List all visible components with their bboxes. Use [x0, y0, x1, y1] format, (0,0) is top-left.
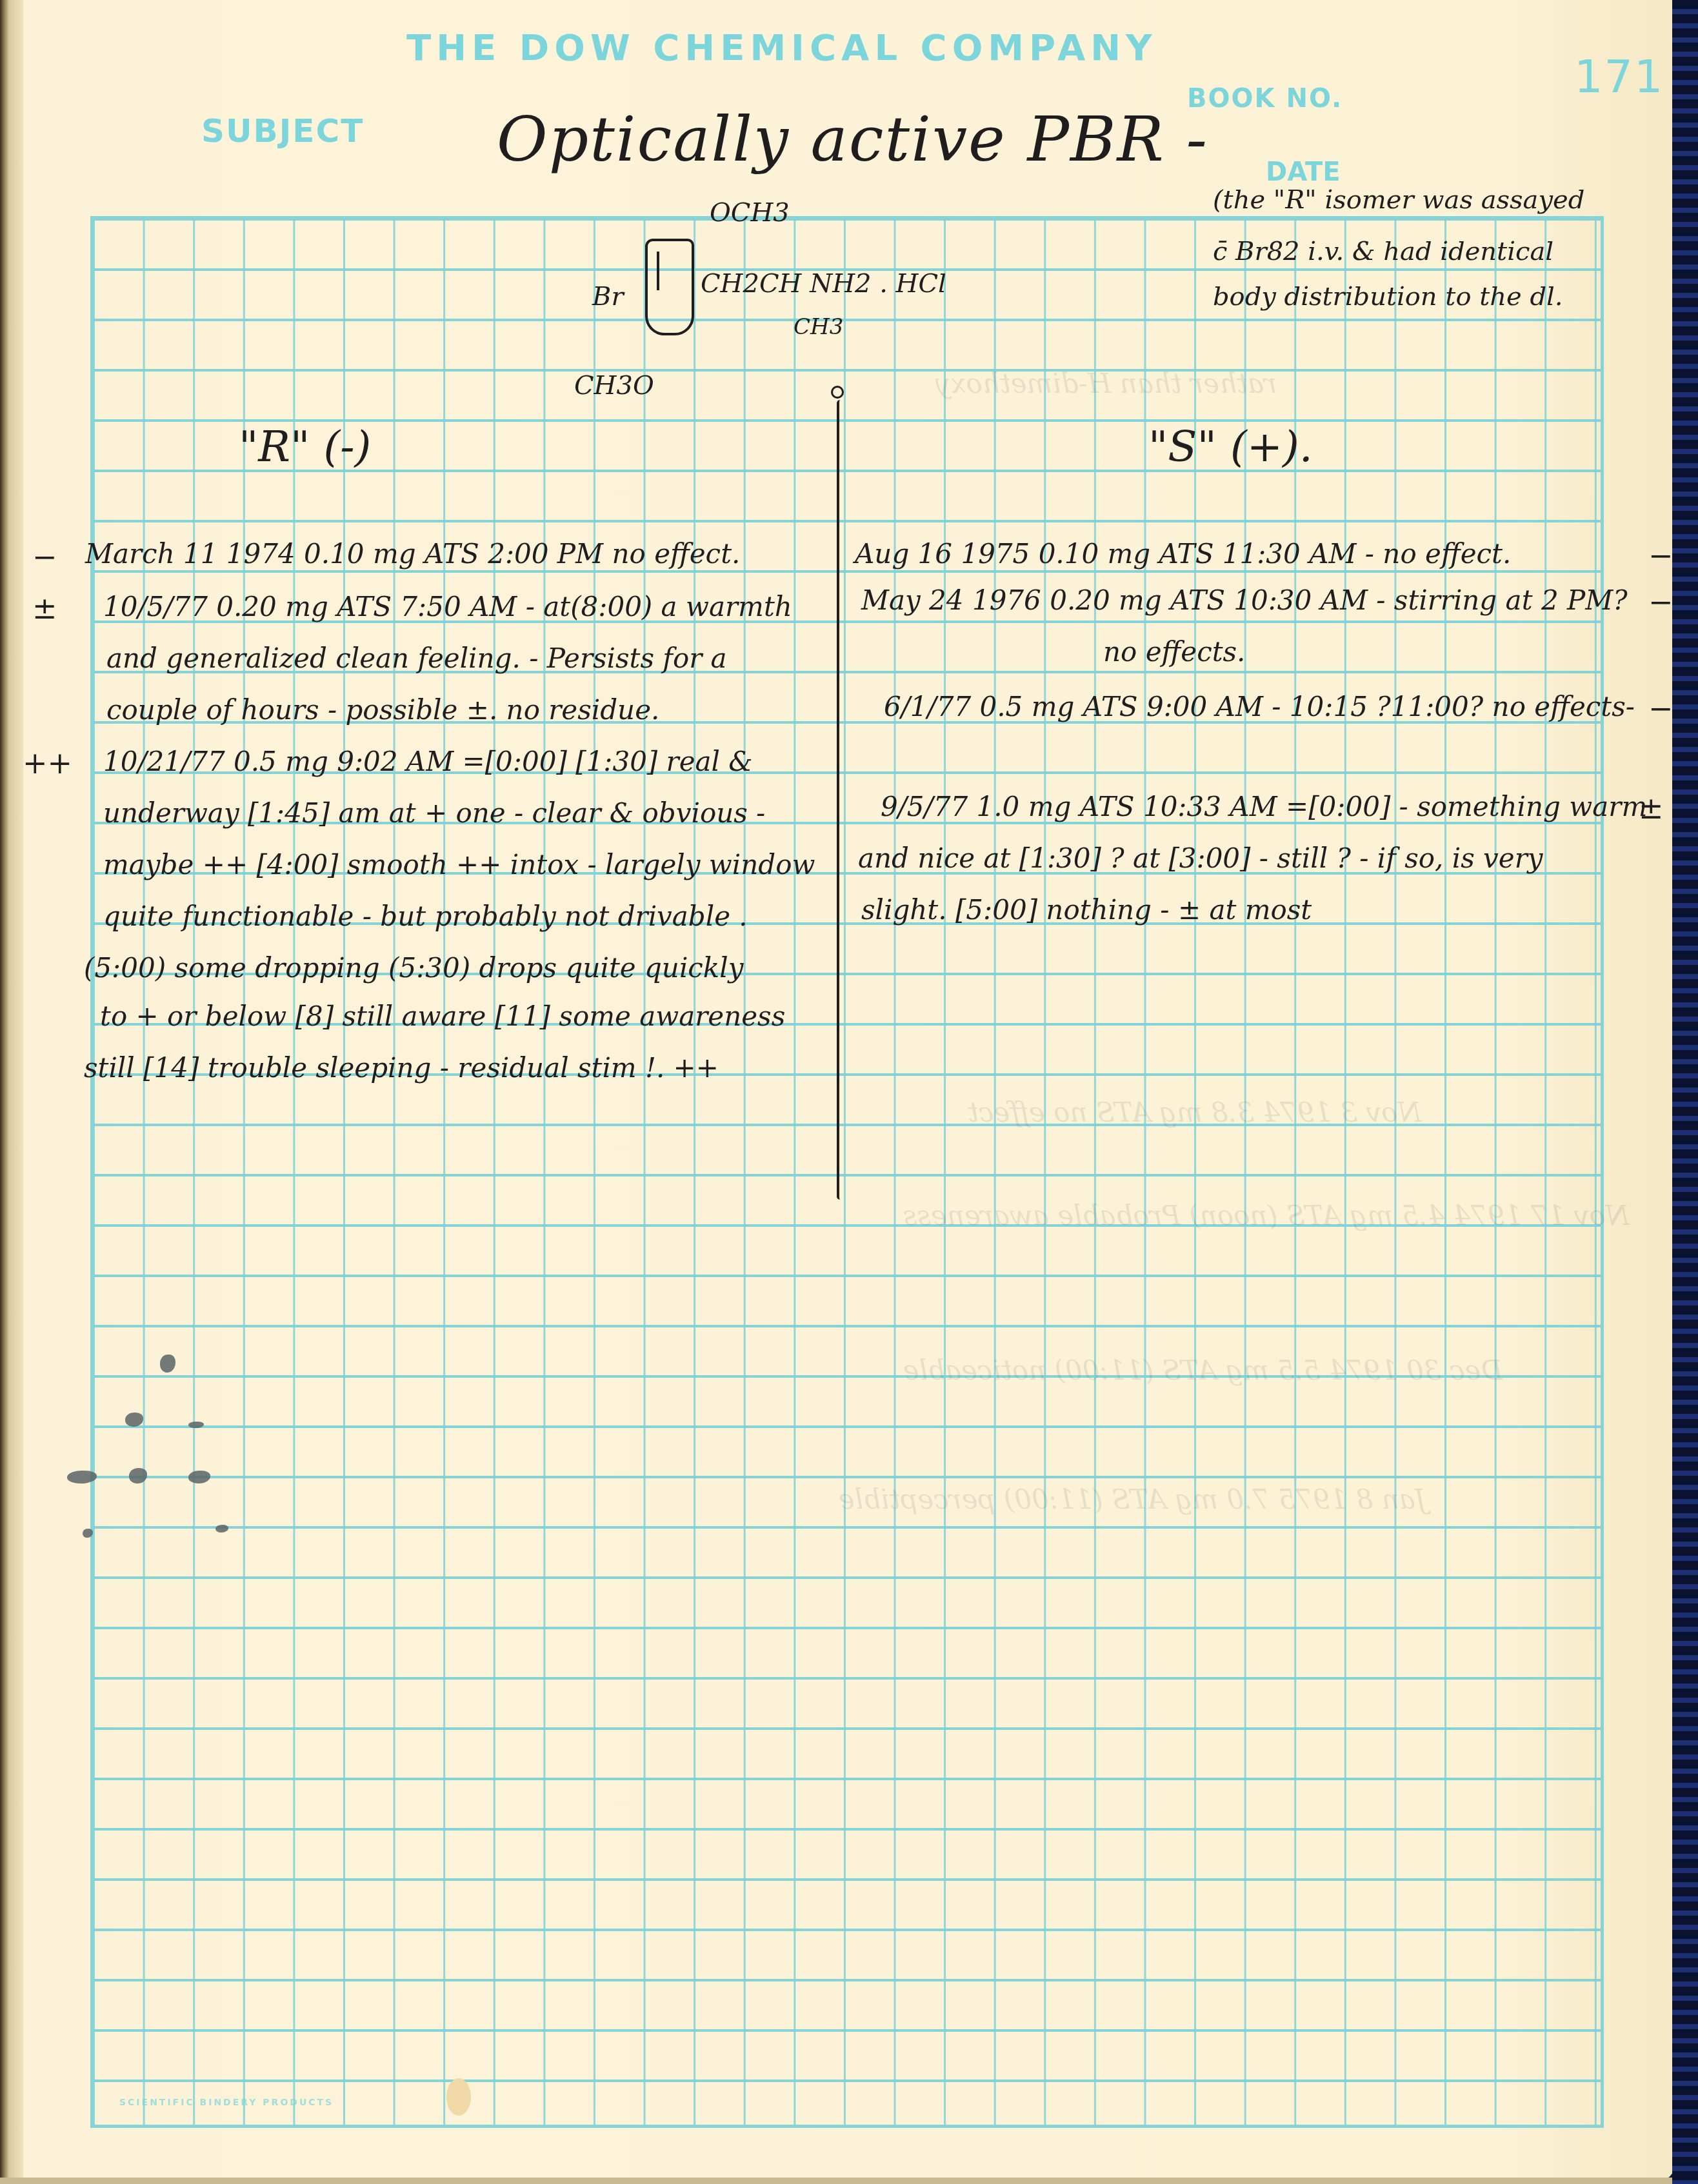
notebook-binding	[0, 0, 23, 2184]
entry-line: and nice at [1:30] ? at [3:00] - still ?…	[858, 845, 1543, 872]
structure-left-substituent: Br	[592, 284, 624, 310]
notebook-page: THE DOW CHEMICAL COMPANY BOOK NO. 171 SU…	[0, 0, 1677, 2184]
bleed-through-text: Jan 8 1975 7.0 mg ATS (11:00) perceptibl…	[839, 1484, 1426, 1515]
entry-line: March 11 1974 0.10 mg ATS 2:00 PM no eff…	[85, 541, 740, 568]
rating-mark: −	[32, 542, 57, 571]
rating-mark: ++	[23, 748, 72, 778]
rating-mark: −	[1648, 587, 1673, 617]
entry-line: to + or below [8] still aware [11] some …	[100, 1003, 785, 1030]
rating-mark: ±	[32, 593, 57, 623]
structure-bottom-substituent: CH3O	[574, 373, 654, 399]
structure-side-chain: CH2CH NH2 . HCl	[701, 271, 946, 297]
side-note-line: body distribution to the dl.	[1213, 284, 1563, 310]
entry-line: slight. [5:00] nothing - ± at most	[861, 897, 1312, 924]
page-number: 171	[1574, 50, 1664, 103]
entry-line: May 24 1976 0.20 mg ATS 10:30 AM - stirr…	[861, 587, 1628, 614]
left-column-heading: "R" (-)	[239, 426, 371, 468]
entry-line: 9/5/77 1.0 mg ATS 10:33 AM =[0:00] - som…	[881, 793, 1647, 820]
entry-line: 10/5/77 0.20 mg ATS 7:50 AM - at(8:00) a…	[103, 593, 792, 620]
date-label: DATE	[1266, 157, 1341, 187]
entry-line: underway [1:45] am at + one - clear & ob…	[103, 800, 765, 827]
subject-label: SUBJECT	[201, 112, 364, 150]
graph-paper-grid	[90, 216, 1604, 2128]
column-divider	[837, 400, 843, 1200]
entry-line: no effects.	[1103, 639, 1245, 666]
benzene-ring-icon	[645, 239, 694, 335]
entry-line: (5:00) some dropping (5:30) drops quite …	[84, 955, 743, 982]
entry-line: and generalized clean feeling. - Persist…	[106, 645, 727, 672]
book-no-label: BOOK NO.	[1187, 84, 1343, 114]
bleed-through-text: Dec 30 1974 5.5 mg ATS (11:00) noticeabl…	[903, 1355, 1503, 1386]
side-note-line: c̄ Br82 i.v. & had identical	[1213, 239, 1553, 264]
entry-line: 6/1/77 0.5 mg ATS 9:00 AM - 10:15 ?11:00…	[884, 693, 1635, 720]
structure-side-chain-branch: CH3	[794, 316, 843, 338]
divider-dot	[831, 386, 844, 399]
entry-line: still [14] trouble sleeping - residual s…	[84, 1055, 719, 1082]
entry-line: 10/21/77 0.5 mg 9:02 AM =[0:00] [1:30] r…	[103, 748, 753, 775]
company-header: THE DOW CHEMICAL COMPANY	[406, 27, 1157, 69]
entry-line: maybe ++ [4:00] smooth ++ intox - largel…	[103, 851, 815, 879]
page-bottom-edge	[0, 2178, 1698, 2184]
rating-mark: ±	[1639, 793, 1664, 823]
bleed-through-text: rather than H-dimethoxy	[935, 368, 1277, 399]
paper-stain	[446, 2078, 471, 2116]
bleed-through-text: Nov 17 1974 4.5 mg ATS (noon) Probable a…	[903, 1200, 1629, 1231]
notebook-cover-edge	[1672, 0, 1698, 2184]
footer-imprint: SCIENTIFIC BINDERY PRODUCTS	[119, 2098, 334, 2108]
rating-mark: −	[1648, 693, 1673, 723]
rating-mark: −	[1648, 541, 1673, 570]
entry-line: quite functionable - but probably not dr…	[103, 903, 748, 930]
entry-line: Aug 16 1975 0.10 mg ATS 11:30 AM - no ef…	[855, 541, 1511, 568]
subject-title: Optically active PBR -	[497, 108, 1208, 170]
right-column-heading: "S" (+).	[1148, 426, 1313, 468]
entry-line: couple of hours - possible ±. no residue…	[106, 697, 659, 724]
structure-top-substituent: OCH3	[710, 200, 790, 226]
ring-bond	[657, 252, 659, 290]
bleed-through-text: Nov 3 1974 3.8 mg ATS no effect	[968, 1097, 1421, 1128]
side-note-line: (the "R" isomer was assayed	[1213, 187, 1584, 213]
